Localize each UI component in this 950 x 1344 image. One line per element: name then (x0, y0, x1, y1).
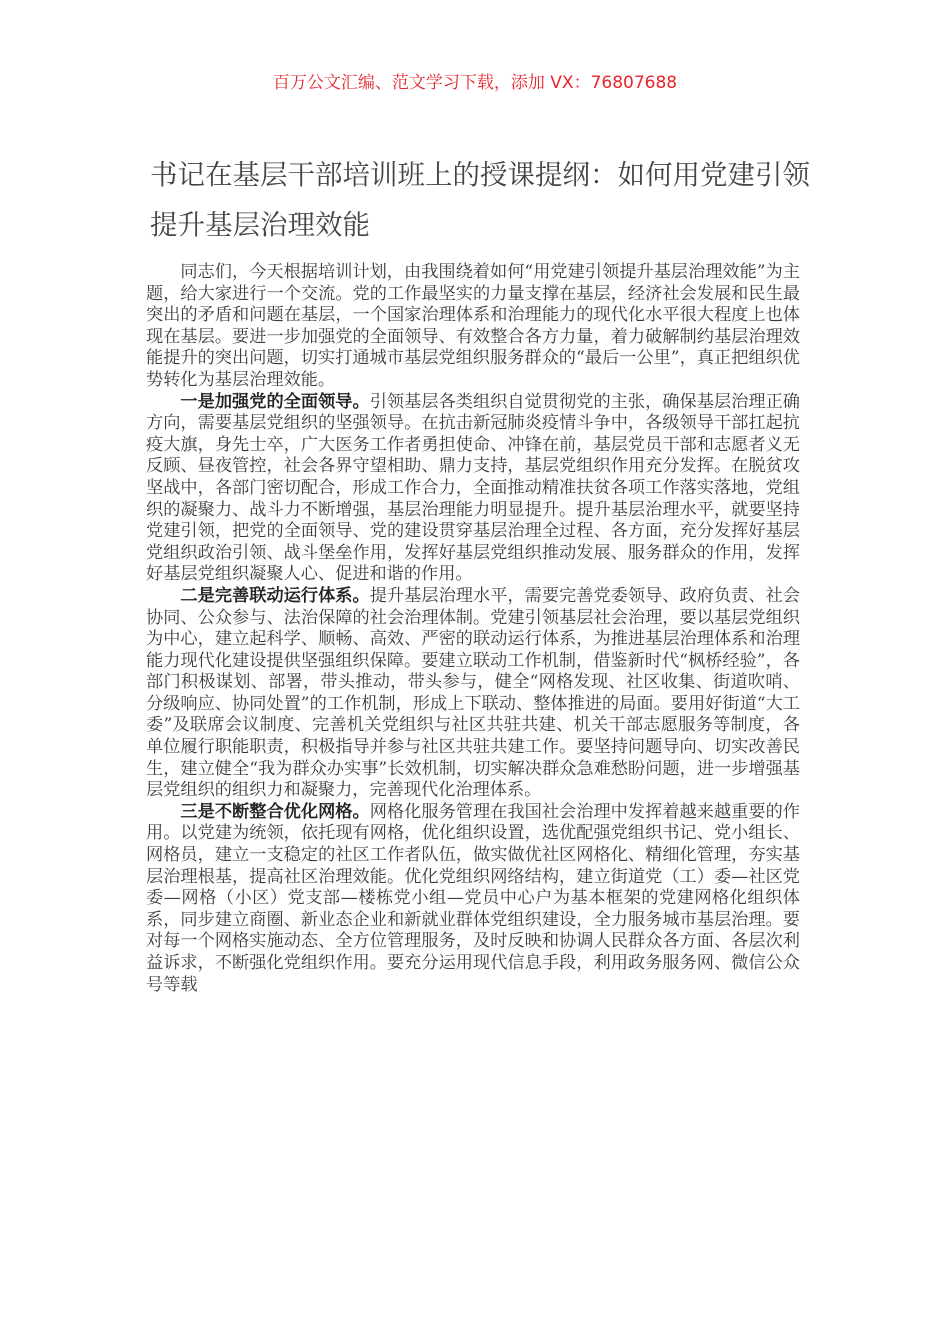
paragraph-point-1: 一是加强党的全面领导。引领基层各类组织自觉贯彻党的主张，确保基层治理正确方向，需… (146, 392, 800, 586)
paragraph-lead: 二是完善联动运行体系。 (180, 586, 369, 606)
paragraph-point-3: 三是不断整合优化网格。网格化服务管理在我国社会治理中发挥着越来越重要的作用。以党… (146, 802, 800, 996)
paragraph-text: 提升基层治理水平，需要完善党委领导、政府负责、社会协同、公众参与、法治保障的社会… (146, 586, 800, 800)
document-body: 同志们，今天根据培训计划，由我围绕着如何“用党建引领提升基层治理效能”为主题，给… (146, 262, 800, 996)
document-title: 书记在基层干部培训班上的授课提纲：如何用党建引领提升基层治理效能 (150, 150, 810, 250)
paragraph-text: 同志们，今天根据培训计划，由我围绕着如何“用党建引领提升基层治理效能”为主题，给… (146, 262, 800, 390)
paragraph-point-2: 二是完善联动运行体系。提升基层治理水平，需要完善党委领导、政府负责、社会协同、公… (146, 586, 800, 802)
paragraph-lead: 三是不断整合优化网格。 (180, 802, 369, 822)
watermark-banner: 百万公文汇编、范文学习下载，添加 VX：76807688 (0, 68, 950, 93)
paragraph-lead: 一是加强党的全面领导。 (180, 392, 369, 412)
paragraph-text: 引领基层各类组织自觉贯彻党的主张，确保基层治理正确方向，需要基层党组织的坚强领导… (146, 392, 800, 585)
paragraph-intro: 同志们，今天根据培训计划，由我围绕着如何“用党建引领提升基层治理效能”为主题，给… (146, 262, 800, 392)
paragraph-text: 网格化服务管理在我国社会治理中发挥着越来越重要的作用。以党建为统领，依托现有网格… (146, 802, 800, 995)
